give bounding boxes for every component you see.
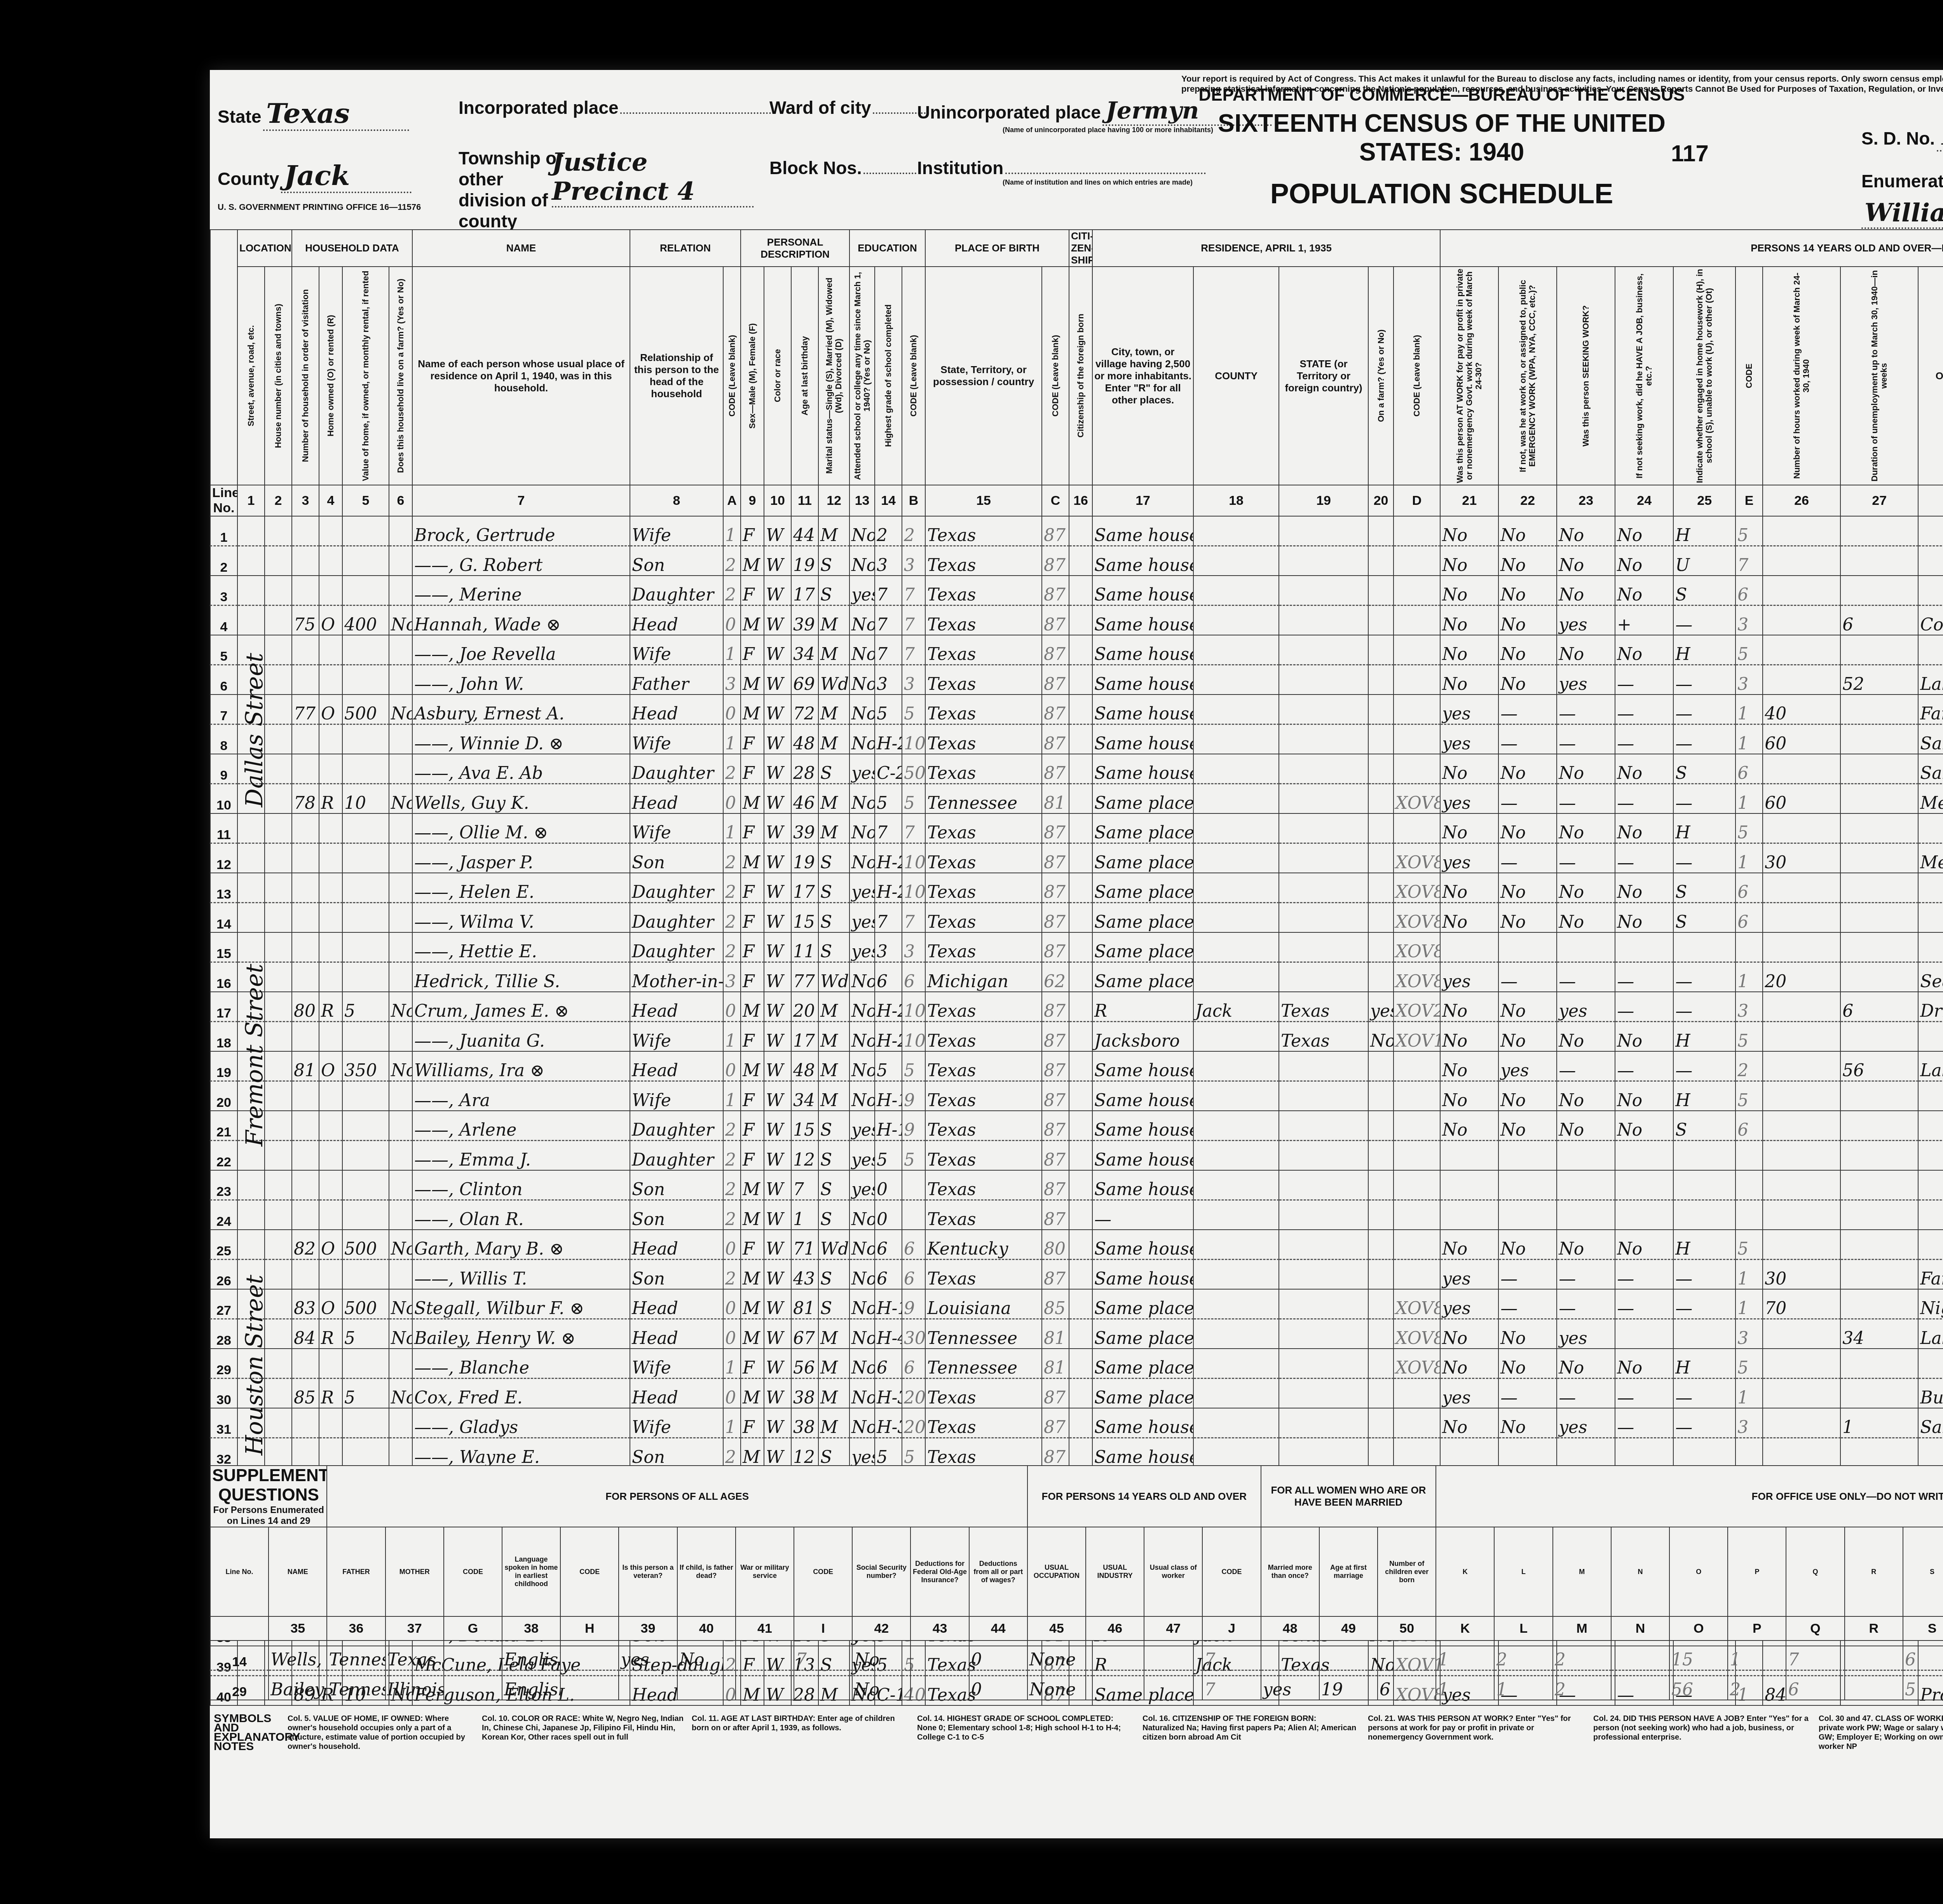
cell-rf [1368, 1260, 1394, 1290]
cell-e: 2 [1735, 1051, 1763, 1081]
supp-cell-name: Wells, Wilma V [269, 1640, 327, 1670]
empty-cell [237, 1230, 265, 1260]
cell-b: 6 [902, 1260, 925, 1290]
cell-cit [1069, 873, 1092, 903]
cell-a: 2 [723, 576, 741, 606]
cell-b: 30 [902, 1319, 925, 1349]
cell-w21: No [1440, 516, 1498, 546]
cell-farm: No [389, 1289, 412, 1319]
cell-race: W [764, 1349, 791, 1379]
cell-gr: H-2 [875, 843, 902, 873]
cell-rel: Daughter [630, 576, 723, 606]
column-number: 5 [342, 485, 389, 516]
cell-farm [389, 754, 412, 784]
cell-res: Same house [1092, 1230, 1193, 1260]
cell-c: 87 [1042, 695, 1069, 724]
table-row: 1Brock, GertrudeWife1FW44MNo22Texas87Sam… [210, 516, 1943, 546]
cell-hrs [1763, 1230, 1840, 1260]
cell-mar: S [818, 1438, 849, 1468]
column-header: Does this household live on a farm? (Yes… [389, 267, 412, 485]
cell-dur [1840, 576, 1918, 606]
table-row: 1780R5NoCrum, James E. ⊗Head0MW20MNoH-21… [210, 992, 1943, 1022]
cell-w22: No [1498, 606, 1557, 635]
cell-a: 2 [723, 843, 741, 873]
column-header: CODE [1735, 267, 1763, 485]
cell-e: 1 [1735, 724, 1763, 754]
cell-gr: 6 [875, 1260, 902, 1290]
supp-cell-l: 2 [1494, 1640, 1552, 1670]
cell-bp: Michigan [925, 962, 1042, 992]
table-row: 2783O500NoStegall, Wilbur F. ⊗Head0MW81S… [210, 1289, 1943, 1319]
cell-bp: Texas [925, 1438, 1042, 1468]
explanatory-notes: SYMBOLS AND EXPLANATORY NOTES Col. 5. VA… [210, 1714, 1943, 1831]
cell-w21: No [1440, 754, 1498, 784]
line-number: 11 [210, 813, 237, 843]
cell-dur: 52 [1840, 665, 1918, 695]
cell-sch: yes [849, 873, 875, 903]
supp-column-header: Language spoken in home in earliest chil… [502, 1527, 560, 1616]
cell-name: ——, Hettie E. [412, 932, 630, 962]
cell-rel: Head [630, 1230, 723, 1260]
cell-w22: No [1498, 1349, 1557, 1379]
cell-rf [1368, 843, 1394, 873]
cell-d: XOV2 [1394, 992, 1440, 1022]
supp-column-header: M [1553, 1527, 1611, 1616]
column-header: Number of household in order of visitati… [292, 267, 319, 485]
supp-cell-kids [1378, 1640, 1436, 1670]
cell-hrs [1763, 665, 1840, 695]
cell-c: 87 [1042, 724, 1069, 754]
cell-bp: Texas [925, 635, 1042, 665]
cell-hh: 82 [292, 1230, 319, 1260]
cell-a: 1 [723, 813, 741, 843]
cell-st [1279, 546, 1368, 576]
cell-res: Same house [1092, 606, 1193, 635]
note-col16: Col. 16. CITIZENSHIP OF THE FOREIGN BORN… [1142, 1714, 1360, 1742]
empty-cell [265, 1230, 292, 1260]
cell-dur [1840, 1349, 1918, 1379]
cell-d [1394, 576, 1440, 606]
cell-w25: — [1673, 1408, 1735, 1438]
cell-rf [1368, 1408, 1394, 1438]
cell-race: W [764, 635, 791, 665]
cell-rf [1368, 1051, 1394, 1081]
cell-w22: No [1498, 1230, 1557, 1260]
cell-hh [292, 903, 319, 933]
supp-column-number: 35 [269, 1616, 327, 1640]
supp-cell-o: 56 [1669, 1670, 1728, 1700]
cell-a: 0 [723, 784, 741, 814]
cell-c: 87 [1042, 873, 1069, 903]
supp-column-number: L [1494, 1616, 1552, 1640]
cell-w21: No [1440, 635, 1498, 665]
cell-hh [292, 1200, 319, 1230]
cell-c: 87 [1042, 903, 1069, 933]
cell-w24: — [1615, 784, 1673, 814]
cell-dur [1840, 873, 1918, 903]
cell-e: 1 [1735, 1289, 1763, 1319]
cell-farm: No [389, 1379, 412, 1408]
column-number: 6 [389, 485, 412, 516]
cell-age: 46 [791, 784, 818, 814]
cell-dur [1840, 1022, 1918, 1052]
cell-farm [389, 1260, 412, 1290]
cell-hh [292, 576, 319, 606]
supp-column-header: If child, is father dead? [677, 1527, 736, 1616]
cell-dur: 6 [1840, 992, 1918, 1022]
line-number: 6 [210, 665, 237, 695]
cell-rel: Head [630, 606, 723, 635]
cell-a: 0 [723, 695, 741, 724]
cell-sex: F [741, 932, 764, 962]
column-header: Name of each person whose usual place of… [412, 267, 630, 485]
cell-age: 48 [791, 724, 818, 754]
cell-bp: Texas [925, 992, 1042, 1022]
cell-e: 5 [1735, 1230, 1763, 1260]
note-col30: Col. 30 and 47. CLASS OF WORKER: Wage or… [1819, 1714, 1943, 1751]
cell-e: 3 [1735, 665, 1763, 695]
cell-hh: 83 [292, 1289, 319, 1319]
cell-d [1394, 754, 1440, 784]
cell-d [1394, 1408, 1440, 1438]
supp-column-header: Number of children ever born [1378, 1527, 1436, 1616]
cell-d: XOV8 [1394, 784, 1440, 814]
supplementary-title: SUPPLEMENTARY QUESTIONS For Persons Enum… [210, 1466, 327, 1527]
cell-occ [1918, 1349, 1943, 1379]
cell-w21: yes [1440, 695, 1498, 724]
cell-farm: No [389, 1319, 412, 1349]
cell-mar: M [818, 1408, 849, 1438]
cell-bp: Texas [925, 546, 1042, 576]
empty-cell [237, 576, 265, 606]
column-header: Street, avenue, road, etc. [237, 267, 265, 485]
cell-farm: No [389, 1230, 412, 1260]
supp-column-number: 48 [1261, 1616, 1319, 1640]
cell-c: 81 [1042, 784, 1069, 814]
cell-w24 [1615, 1438, 1673, 1468]
sd-value: 13 [1937, 124, 1943, 152]
cell-sch: yes [849, 754, 875, 784]
cell-age: 17 [791, 576, 818, 606]
cell-cty [1193, 784, 1279, 814]
cell-sex: F [741, 1111, 764, 1141]
cell-rel: Son [630, 1200, 723, 1230]
cell-bp: Texas [925, 724, 1042, 754]
cell-w24: + [1615, 606, 1673, 635]
cell-hh [292, 873, 319, 903]
cell-a: 0 [723, 606, 741, 635]
cell-res: Same place [1092, 1319, 1193, 1349]
cell-sex: F [741, 1141, 764, 1171]
cell-own [319, 724, 342, 754]
cell-age: 15 [791, 903, 818, 933]
cell-sex: F [741, 516, 764, 546]
cell-e: 6 [1735, 576, 1763, 606]
table-row: 29——, BlancheWife1FW56MNo66Tennessee81Sa… [210, 1349, 1943, 1379]
cell-b: 10 [902, 1022, 925, 1052]
cell-a: 0 [723, 992, 741, 1022]
cell-age: 7 [791, 1170, 818, 1200]
cell-res: Same place [1092, 932, 1193, 962]
street-name-3: Houston Street [241, 1275, 268, 1455]
cell-e: 1 [1735, 843, 1763, 873]
cell-a: 1 [723, 724, 741, 754]
supp-cell-s: 6 [1903, 1640, 1943, 1670]
state-label: State [218, 106, 261, 127]
cell-cty [1193, 695, 1279, 724]
cell-b: 10 [902, 724, 925, 754]
cell-st [1279, 1438, 1368, 1468]
supp-column-number: 36 [327, 1616, 385, 1640]
cell-w25: — [1673, 843, 1735, 873]
supp-column-number: R [1845, 1616, 1903, 1640]
cell-rel: Son [630, 843, 723, 873]
cell-w25 [1673, 1141, 1735, 1171]
cell-dur [1840, 724, 1918, 754]
census-sheet: Your report is required by Act of Congre… [210, 70, 1943, 1838]
cell-occ: Laborer [1918, 1319, 1943, 1349]
empty-cell [237, 546, 265, 576]
cell-occ: Night Watchman [1918, 1289, 1943, 1319]
cell-name: ——, Blanche [412, 1349, 630, 1379]
empty-cell [237, 1170, 265, 1200]
cell-w24: No [1615, 873, 1673, 903]
empty-cell [237, 516, 265, 546]
county-label: County [218, 169, 279, 189]
cell-sex: F [741, 724, 764, 754]
note-col24: Col. 24. DID THIS PERSON HAVE A JOB? Ent… [1593, 1714, 1811, 1742]
cell-bp: Texas [925, 1200, 1042, 1230]
cell-own [319, 1408, 342, 1438]
block-value [863, 173, 916, 174]
supp-column-header: MOTHER [385, 1527, 444, 1616]
cell-a: 0 [723, 1289, 741, 1319]
cell-occ: Mechanic [1918, 784, 1943, 814]
note-col14: Col. 14. HIGHEST GRADE OF SCHOOL COMPLET… [917, 1714, 1135, 1742]
cell-val [342, 1111, 389, 1141]
cell-w21: No [1440, 1349, 1498, 1379]
cell-dur [1840, 695, 1918, 724]
cell-st [1279, 635, 1368, 665]
column-header: Age at last birthday [791, 267, 818, 485]
column-number: 19 [1279, 485, 1368, 516]
cell-d: XOV8 [1394, 932, 1440, 962]
cell-st [1279, 724, 1368, 754]
cell-w22: — [1498, 962, 1557, 992]
cell-hrs [1763, 576, 1840, 606]
column-header: Color or race [764, 267, 791, 485]
cell-sch: No [849, 1051, 875, 1081]
supp-cell-vet: yes [619, 1640, 677, 1670]
cell-st [1279, 1200, 1368, 1230]
cell-age: 17 [791, 1022, 818, 1052]
cell-w22: No [1498, 903, 1557, 933]
cell-dur [1840, 1260, 1918, 1290]
table-row: 18——, Juanita G.Wife1FW17MNoH-210Texas87… [210, 1022, 1943, 1052]
cell-age: 69 [791, 665, 818, 695]
cell-rel: Wife [630, 516, 723, 546]
empty-cell [237, 606, 265, 635]
cell-farm [389, 813, 412, 843]
cell-val [342, 813, 389, 843]
cell-w24 [1615, 1319, 1673, 1349]
cell-hrs [1763, 1200, 1840, 1230]
cell-a: 0 [723, 1230, 741, 1260]
cell-c: 87 [1042, 813, 1069, 843]
cell-c: 87 [1042, 1051, 1069, 1081]
cell-c: 87 [1042, 1379, 1069, 1408]
cell-st [1279, 576, 1368, 606]
cell-w24 [1615, 1200, 1673, 1230]
cell-sex: M [741, 1289, 764, 1319]
cell-res: Same house [1092, 1170, 1193, 1200]
cell-a: 3 [723, 962, 741, 992]
cell-res: Same house [1092, 576, 1193, 606]
cell-farm: No [389, 992, 412, 1022]
cell-race: W [764, 1230, 791, 1260]
cell-e: 3 [1735, 606, 1763, 635]
supp-cell-part: 0 [969, 1670, 1027, 1700]
supp-cell-ded [910, 1640, 969, 1670]
cell-hrs [1763, 1111, 1840, 1141]
cell-name: Brock, Gertrude [412, 516, 630, 546]
cell-st [1279, 606, 1368, 635]
cell-res: Jacksboro [1092, 1022, 1193, 1052]
cell-cty [1193, 665, 1279, 695]
cell-cit [1069, 516, 1092, 546]
cell-occ: Mechanic [1918, 843, 1943, 873]
cell-res: Same place [1092, 1289, 1193, 1319]
cell-c: 87 [1042, 1260, 1069, 1290]
cell-rel: Father [630, 665, 723, 695]
supp-cell-i: 7 [794, 1640, 852, 1670]
supp-column-header: N [1611, 1527, 1669, 1616]
column-number: 25 [1673, 485, 1735, 516]
office-header: FOR OFFICE USE ONLY—DO NOT WRITE IN THES… [1436, 1466, 1943, 1527]
department-title: DEPARTMENT OF COMMERCE—BUREAU OF THE CEN… [1170, 86, 1714, 105]
cell-own [319, 1081, 342, 1111]
cell-farm [389, 1408, 412, 1438]
cell-race: W [764, 1289, 791, 1319]
cell-race: W [764, 665, 791, 695]
cell-a: 2 [723, 1111, 741, 1141]
cell-res: Same house [1092, 665, 1193, 695]
empty-cell [265, 695, 292, 724]
cell-own: O [319, 1289, 342, 1319]
cell-cit [1069, 1200, 1092, 1230]
column-number: 1 [237, 485, 265, 516]
cell-race: W [764, 724, 791, 754]
cell-st [1279, 932, 1368, 962]
cell-w23 [1557, 1170, 1615, 1200]
column-header: CODE (Leave blank) [902, 267, 925, 485]
line-number: 21 [210, 1111, 237, 1141]
cell-b: 5 [902, 1051, 925, 1081]
cell-b: 6 [902, 962, 925, 992]
cell-rf [1368, 606, 1394, 635]
cell-race: W [764, 606, 791, 635]
cell-val: 5 [342, 1319, 389, 1349]
cell-sex: F [741, 903, 764, 933]
column-number: 16 [1069, 485, 1092, 516]
cell-own [319, 813, 342, 843]
cell-w22: No [1498, 1022, 1557, 1052]
cell-w23: No [1557, 873, 1615, 903]
cell-own [319, 1349, 342, 1379]
cell-w22: — [1498, 1260, 1557, 1290]
cell-val: 500 [342, 695, 389, 724]
cell-age: 67 [791, 1319, 818, 1349]
cell-occ [1918, 1141, 1943, 1171]
cell-w22: No [1498, 1319, 1557, 1349]
line-number: 26 [210, 1260, 237, 1290]
cell-cty [1193, 1230, 1279, 1260]
cell-e: 3 [1735, 1319, 1763, 1349]
cell-w23: No [1557, 516, 1615, 546]
cell-sex: F [741, 1230, 764, 1260]
cell-a: 1 [723, 1022, 741, 1052]
line-number: 5 [210, 635, 237, 665]
cell-race: W [764, 1379, 791, 1408]
cell-rel: Son [630, 546, 723, 576]
cell-b: 50 [902, 754, 925, 784]
cell-cit [1069, 1408, 1092, 1438]
cell-cty [1193, 813, 1279, 843]
cell-cit [1069, 724, 1092, 754]
cell-w23 [1557, 1200, 1615, 1230]
cell-farm [389, 932, 412, 962]
cell-d [1394, 1379, 1440, 1408]
cell-cit [1069, 1289, 1092, 1319]
table-row: 31——, GladysWife1FW38MNoH-320Texas87Same… [210, 1408, 1943, 1438]
cell-sch: No [849, 813, 875, 843]
cell-a: 2 [723, 873, 741, 903]
name-header: NAME [412, 230, 630, 267]
cell-own [319, 1170, 342, 1200]
cell-w24: No [1615, 576, 1673, 606]
cell-farm [389, 724, 412, 754]
cell-c: 87 [1042, 1408, 1069, 1438]
schedule-title: POPULATION SCHEDULE [1170, 178, 1714, 210]
cell-b: 2 [902, 516, 925, 546]
cell-st [1279, 962, 1368, 992]
cell-rf [1368, 635, 1394, 665]
empty-cell [237, 843, 265, 873]
cell-res: Same place [1092, 1379, 1193, 1408]
supp-column-number [210, 1616, 269, 1640]
cell-race: W [764, 1438, 791, 1468]
cell-hrs [1763, 1022, 1840, 1052]
supplementary-table: SUPPLEMENTARY QUESTIONS For Persons Enum… [210, 1465, 1943, 1700]
cell-d [1394, 1260, 1440, 1290]
cell-w24: — [1615, 962, 1673, 992]
cell-cty [1193, 1319, 1279, 1349]
cell-rel: Wife [630, 1022, 723, 1052]
cell-occ [1918, 1230, 1943, 1260]
cell-mar: M [818, 1022, 849, 1052]
cell-cty [1193, 1051, 1279, 1081]
cell-gr: 3 [875, 546, 902, 576]
employment-header: PERSONS 14 YEARS OLD AND OVER—EMPLOYMENT… [1440, 230, 1943, 267]
column-header: Indicate whether engaged in home housewo… [1673, 267, 1735, 485]
cell-cty [1193, 1170, 1279, 1200]
supp-column-number: 43 [910, 1616, 969, 1640]
cell-val [342, 903, 389, 933]
cell-dur [1840, 1170, 1918, 1200]
cell-res: Same place [1092, 873, 1193, 903]
cell-name: ——, Olan R. [412, 1200, 630, 1230]
cell-w21: yes [1440, 843, 1498, 873]
